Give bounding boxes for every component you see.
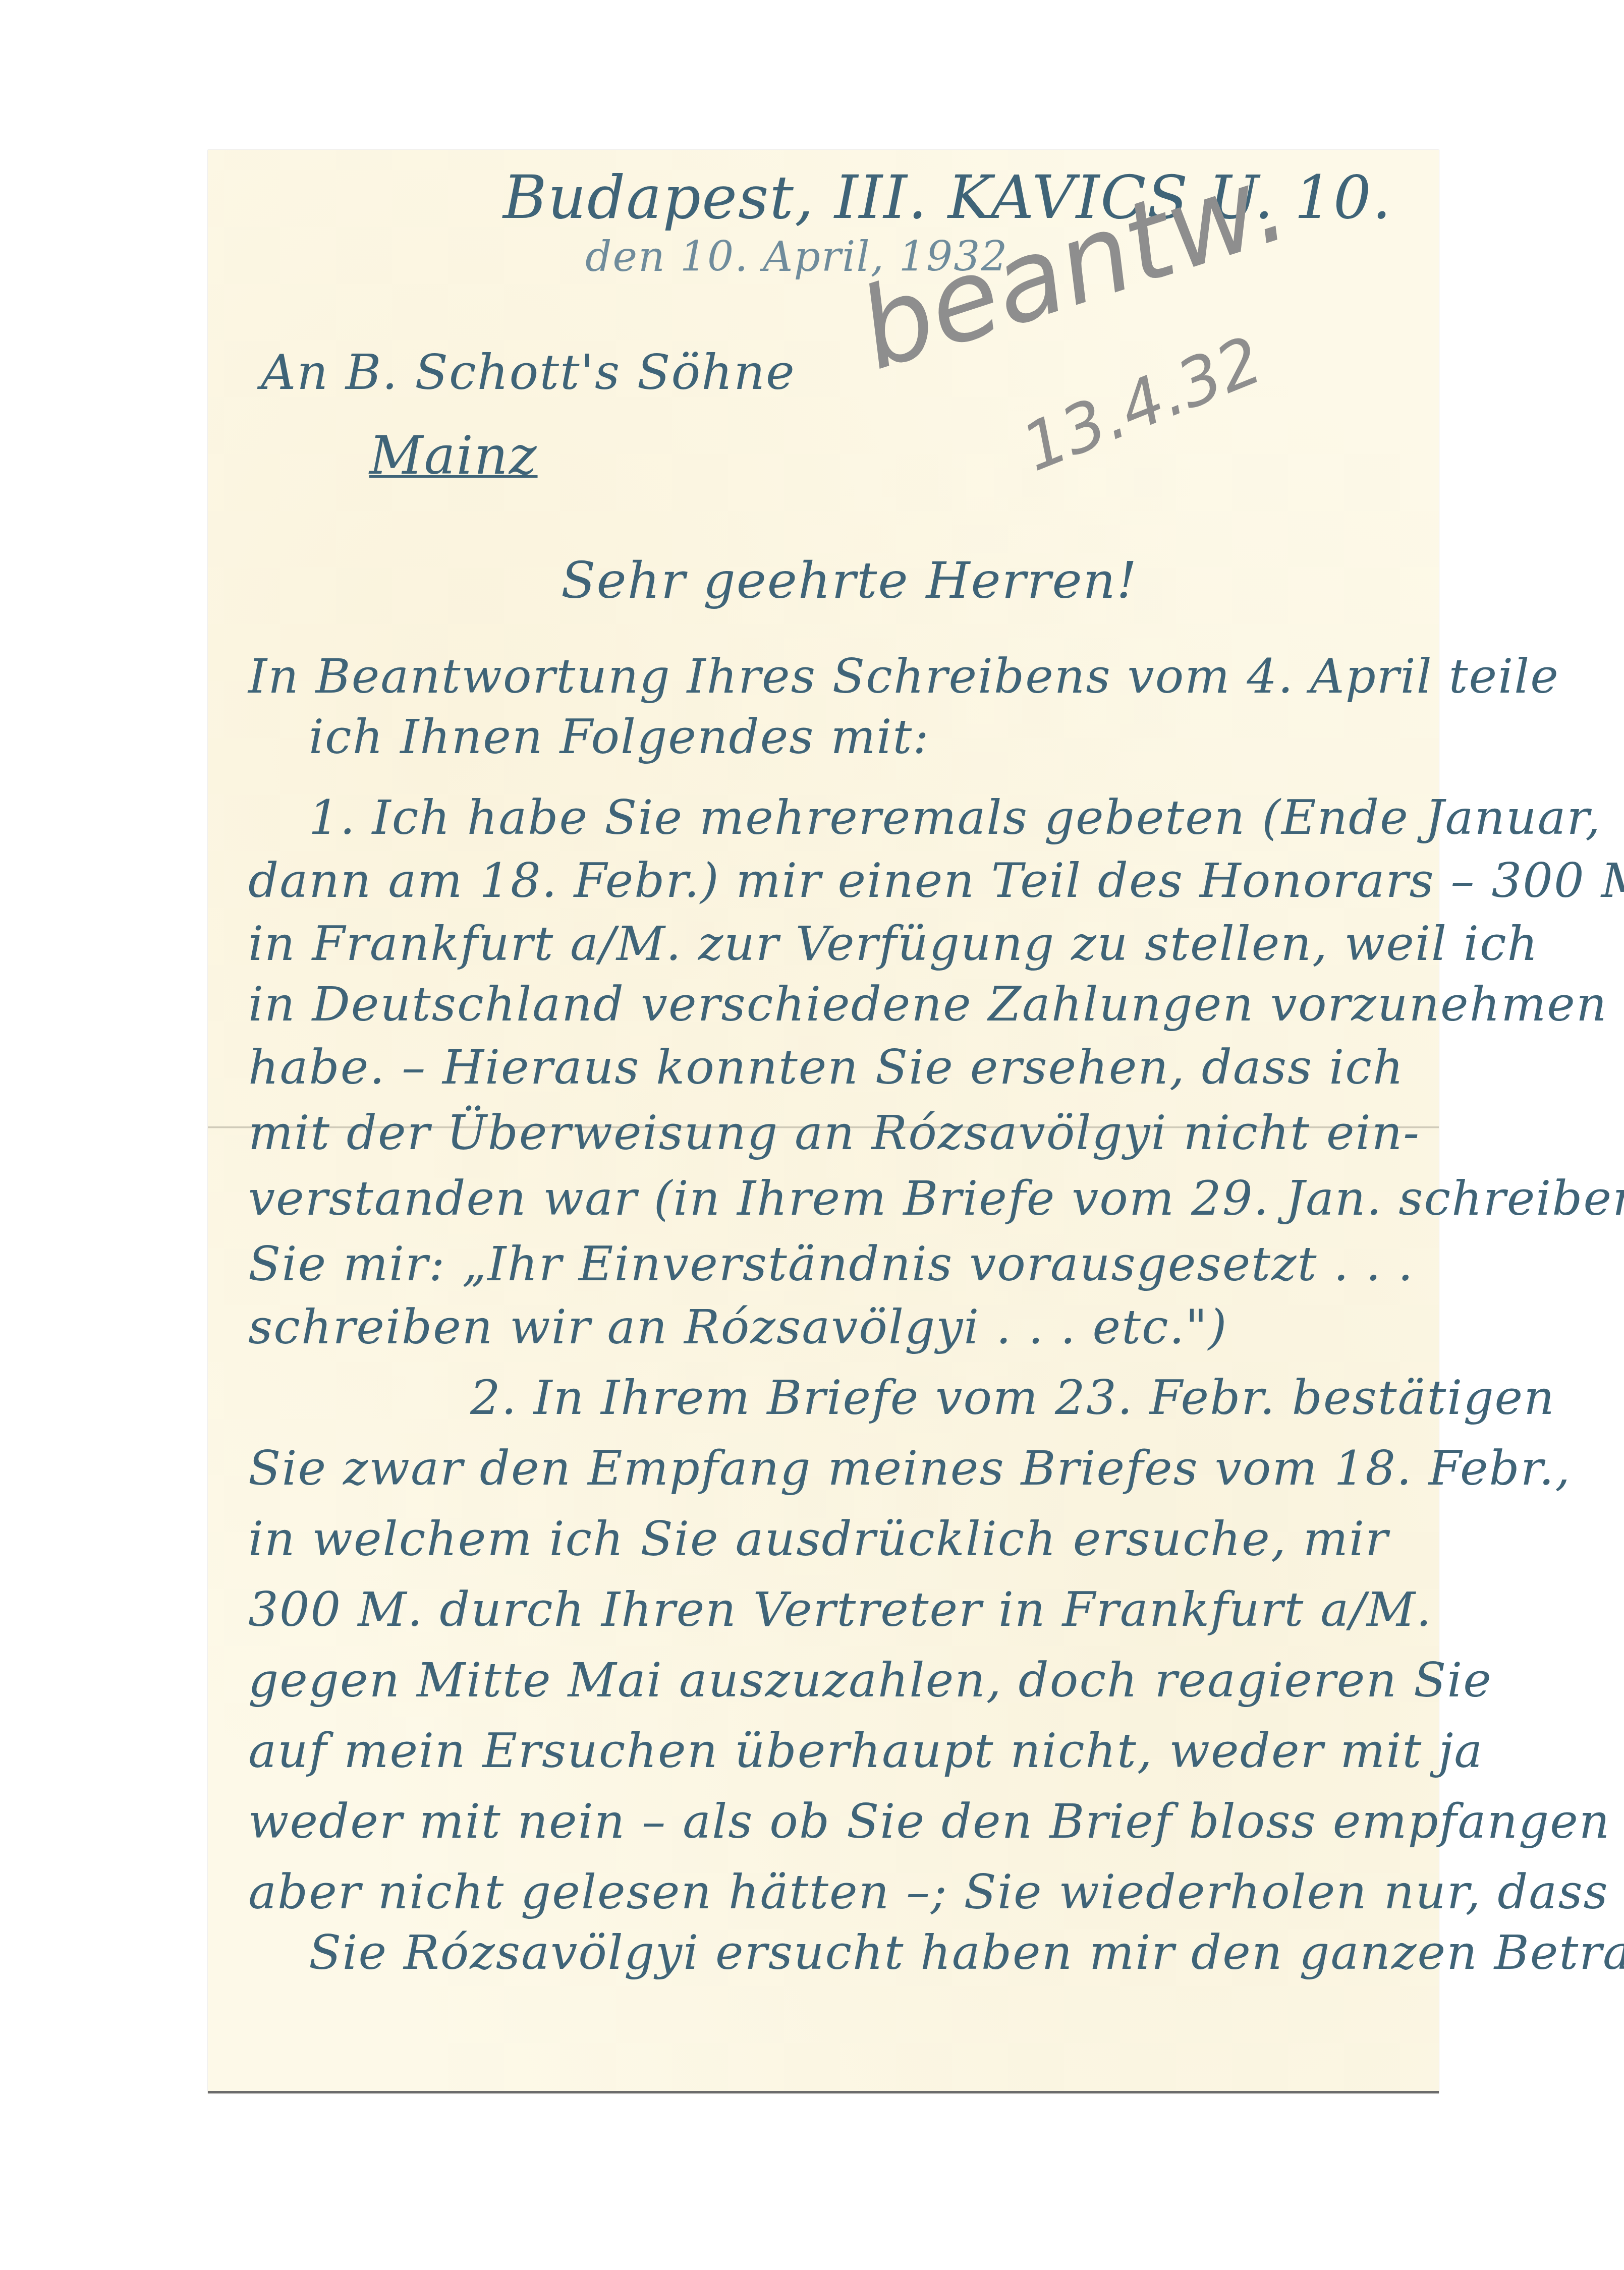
body-line: Sie mir: „Ihr Einverständnis vorausgeset… (248, 1237, 1414, 1292)
body-line: 300 M. durch Ihren Vertreter in Frankfur… (248, 1582, 1432, 1637)
body-line: 1. Ich habe Sie mehreremals gebeten (End… (309, 790, 1601, 845)
body-line: aber nicht gelesen hätten –; Sie wiederh… (248, 1865, 1609, 1920)
body-line: verstanden war (in Ihrem Briefe vom 29. … (248, 1171, 1624, 1226)
body-line: ich Ihnen Folgendes mit: (309, 710, 930, 765)
pencil-annotation-date: 13.4.32 (1012, 321, 1272, 486)
salutation: Sehr geehrte Herren! (561, 551, 1138, 610)
body-line: in Frankfurt a/M. zur Verfügung zu stell… (248, 917, 1539, 972)
body-line: In Beantwortung Ihres Schreibens vom 4. … (248, 649, 1559, 704)
body-line: schreiben wir an Rózsavölgyi . . . etc."… (248, 1300, 1227, 1355)
body-line: auf mein Ersuchen überhaupt nicht, weder… (248, 1724, 1483, 1779)
recipient-name: An B. Schott's Söhne (261, 344, 796, 401)
letter-paper: Budapest, III. KAVICS U. 10. den 10. Apr… (208, 150, 1439, 2093)
body-line: 2. In Ihrem Briefe vom 23. Febr. bestäti… (470, 1371, 1555, 1426)
body-line: mit der Überweisung an Rózsavölgyi nicht… (248, 1106, 1420, 1161)
body-line: in welchem ich Sie ausdrücklich ersuche,… (248, 1512, 1389, 1567)
body-line: Sie zwar den Empfang meines Briefes vom … (248, 1441, 1571, 1496)
body-line: dann am 18. Febr.) mir einen Teil des Ho… (248, 854, 1624, 909)
body-line: Sie Rózsavölgyi ersucht haben mir den ga… (309, 1925, 1624, 1980)
body-line: weder mit nein – als ob Sie den Brief bl… (248, 1794, 1610, 1849)
recipient-city: Mainz (369, 425, 538, 486)
body-line: habe. – Hieraus konnten Sie ersehen, das… (248, 1040, 1404, 1095)
body-line: gegen Mitte Mai auszuzahlen, doch reagie… (248, 1653, 1492, 1708)
body-line: in Deutschland verschiedene Zahlungen vo… (248, 977, 1608, 1032)
